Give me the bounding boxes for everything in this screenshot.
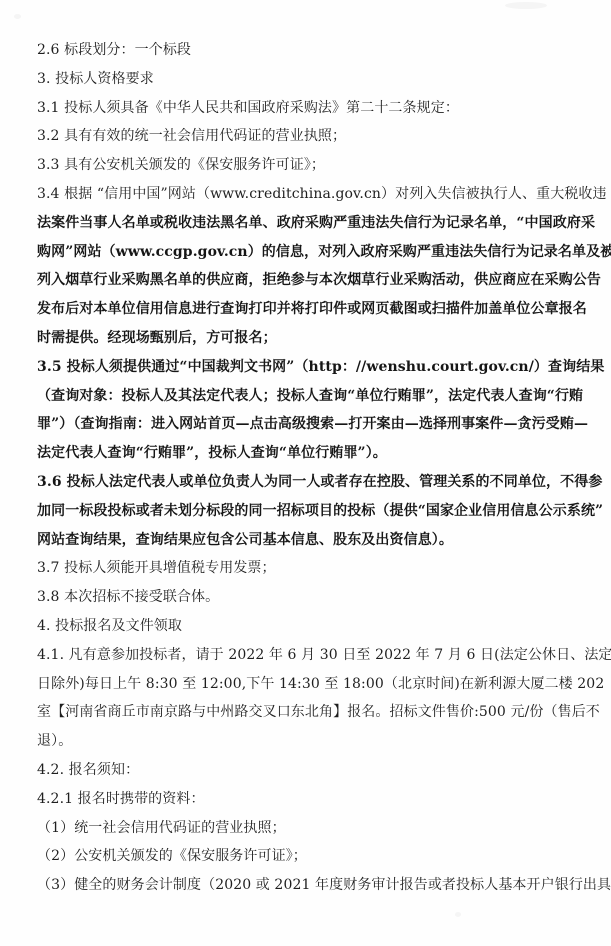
text-line: 3.1 投标人须具备《中华人民共和国政府采购法》第二十二条规定： [37, 94, 582, 123]
text-line: 网站查询结果，查询结果应包含公司基本信息、股东及出资信息）。 [37, 526, 582, 555]
text-line: 3.7 投标人须能开具增值税专用发票； [37, 554, 582, 583]
text-line: 3.4 根据 “信用中国”网站（www.creditchina.gov.cn）对… [37, 180, 582, 209]
text-line: 3.5 投标人须提供通过“中国裁判文书网”（http：//wenshu.cour… [37, 353, 582, 382]
text-line: 购网”网站（www.ccgp.gov.cn）的信息，对列入政府采购严重违法失信行… [37, 238, 582, 267]
text-line: （2）公安机关颁发的《保安服务许可证》； [37, 842, 582, 871]
scan-artifact [455, 912, 461, 917]
scan-artifact [14, 14, 21, 19]
text-line: 3.8 本次招标不接受联合体。 [37, 583, 582, 612]
text-line: 退）。 [37, 727, 582, 756]
text-line: 日除外)每日上午 8:30 至 12:00,下午 14:30 至 18:00（北… [37, 670, 582, 699]
text-line: 发布后对本单位信用信息进行查询打印并将打印件或网页截图或扫描件加盖单位公章报名 [37, 295, 582, 324]
text-line: 4.2.1 报名时携带的资料： [37, 785, 582, 814]
text-line: 3.6 投标人法定代表人或单位负责人为同一人或者存在控股、管理关系的不同单位，不… [37, 468, 582, 497]
text-line: 2.6 标段划分：一个标段 [37, 36, 582, 65]
text-line: 列入烟草行业采购黑名单的供应商，拒绝参与本次烟草行业采购活动，供应商应在采购公告 [37, 266, 582, 295]
text-line: （1）统一社会信用代码证的营业执照； [37, 814, 582, 843]
document-page: 2.6 标段划分：一个标段3. 投标人资格要求3.1 投标人须具备《中华人民共和… [0, 0, 611, 946]
text-line: 法定代表人查询“行贿罪”，投标人查询“单位行贿罪”）。 [37, 439, 582, 468]
scan-artifact [505, 2, 547, 9]
text-line: （3）健全的财务会计制度（2020 或 2021 年度财务审计报告或者投标人基本… [37, 871, 582, 900]
text-line: 罪”）（查询指南：进入网站首页—点击高级搜索—打开案由—选择刑事案件—贪污受贿— [37, 410, 582, 439]
document-body: 2.6 标段划分：一个标段3. 投标人资格要求3.1 投标人须具备《中华人民共和… [37, 36, 582, 900]
text-line: 3.3 具有公安机关颁发的《保安服务许可证》； [37, 151, 582, 180]
text-line: 4.1. 凡有意参加投标者，请于 2022 年 6 月 30 日至 2022 年… [37, 641, 582, 670]
text-line: （查询对象：投标人及其法定代表人；投标人查询“单位行贿罪”，法定代表人查询“行贿 [37, 382, 582, 411]
text-line: 室【河南省商丘市南京路与中州路交叉口东北角】报名。招标文件售价:500 元/份（… [37, 698, 582, 727]
text-line: 4. 投标报名及文件领取 [37, 612, 582, 641]
text-line: 3.2 具有有效的统一社会信用代码证的营业执照； [37, 122, 582, 151]
text-line: 加同一标段投标或者未划分标段的同一招标项目的投标（提供“国家企业信用信息公示系统… [37, 497, 582, 526]
text-line: 4.2. 报名须知： [37, 756, 582, 785]
text-line: 3. 投标人资格要求 [37, 65, 582, 94]
text-line: 时需提供。经现场甄别后，方可报名； [37, 324, 582, 353]
text-line: 法案件当事人名单或税收违法黑名单、政府采购严重违法失信行为记录名单，“中国政府采 [37, 209, 582, 238]
